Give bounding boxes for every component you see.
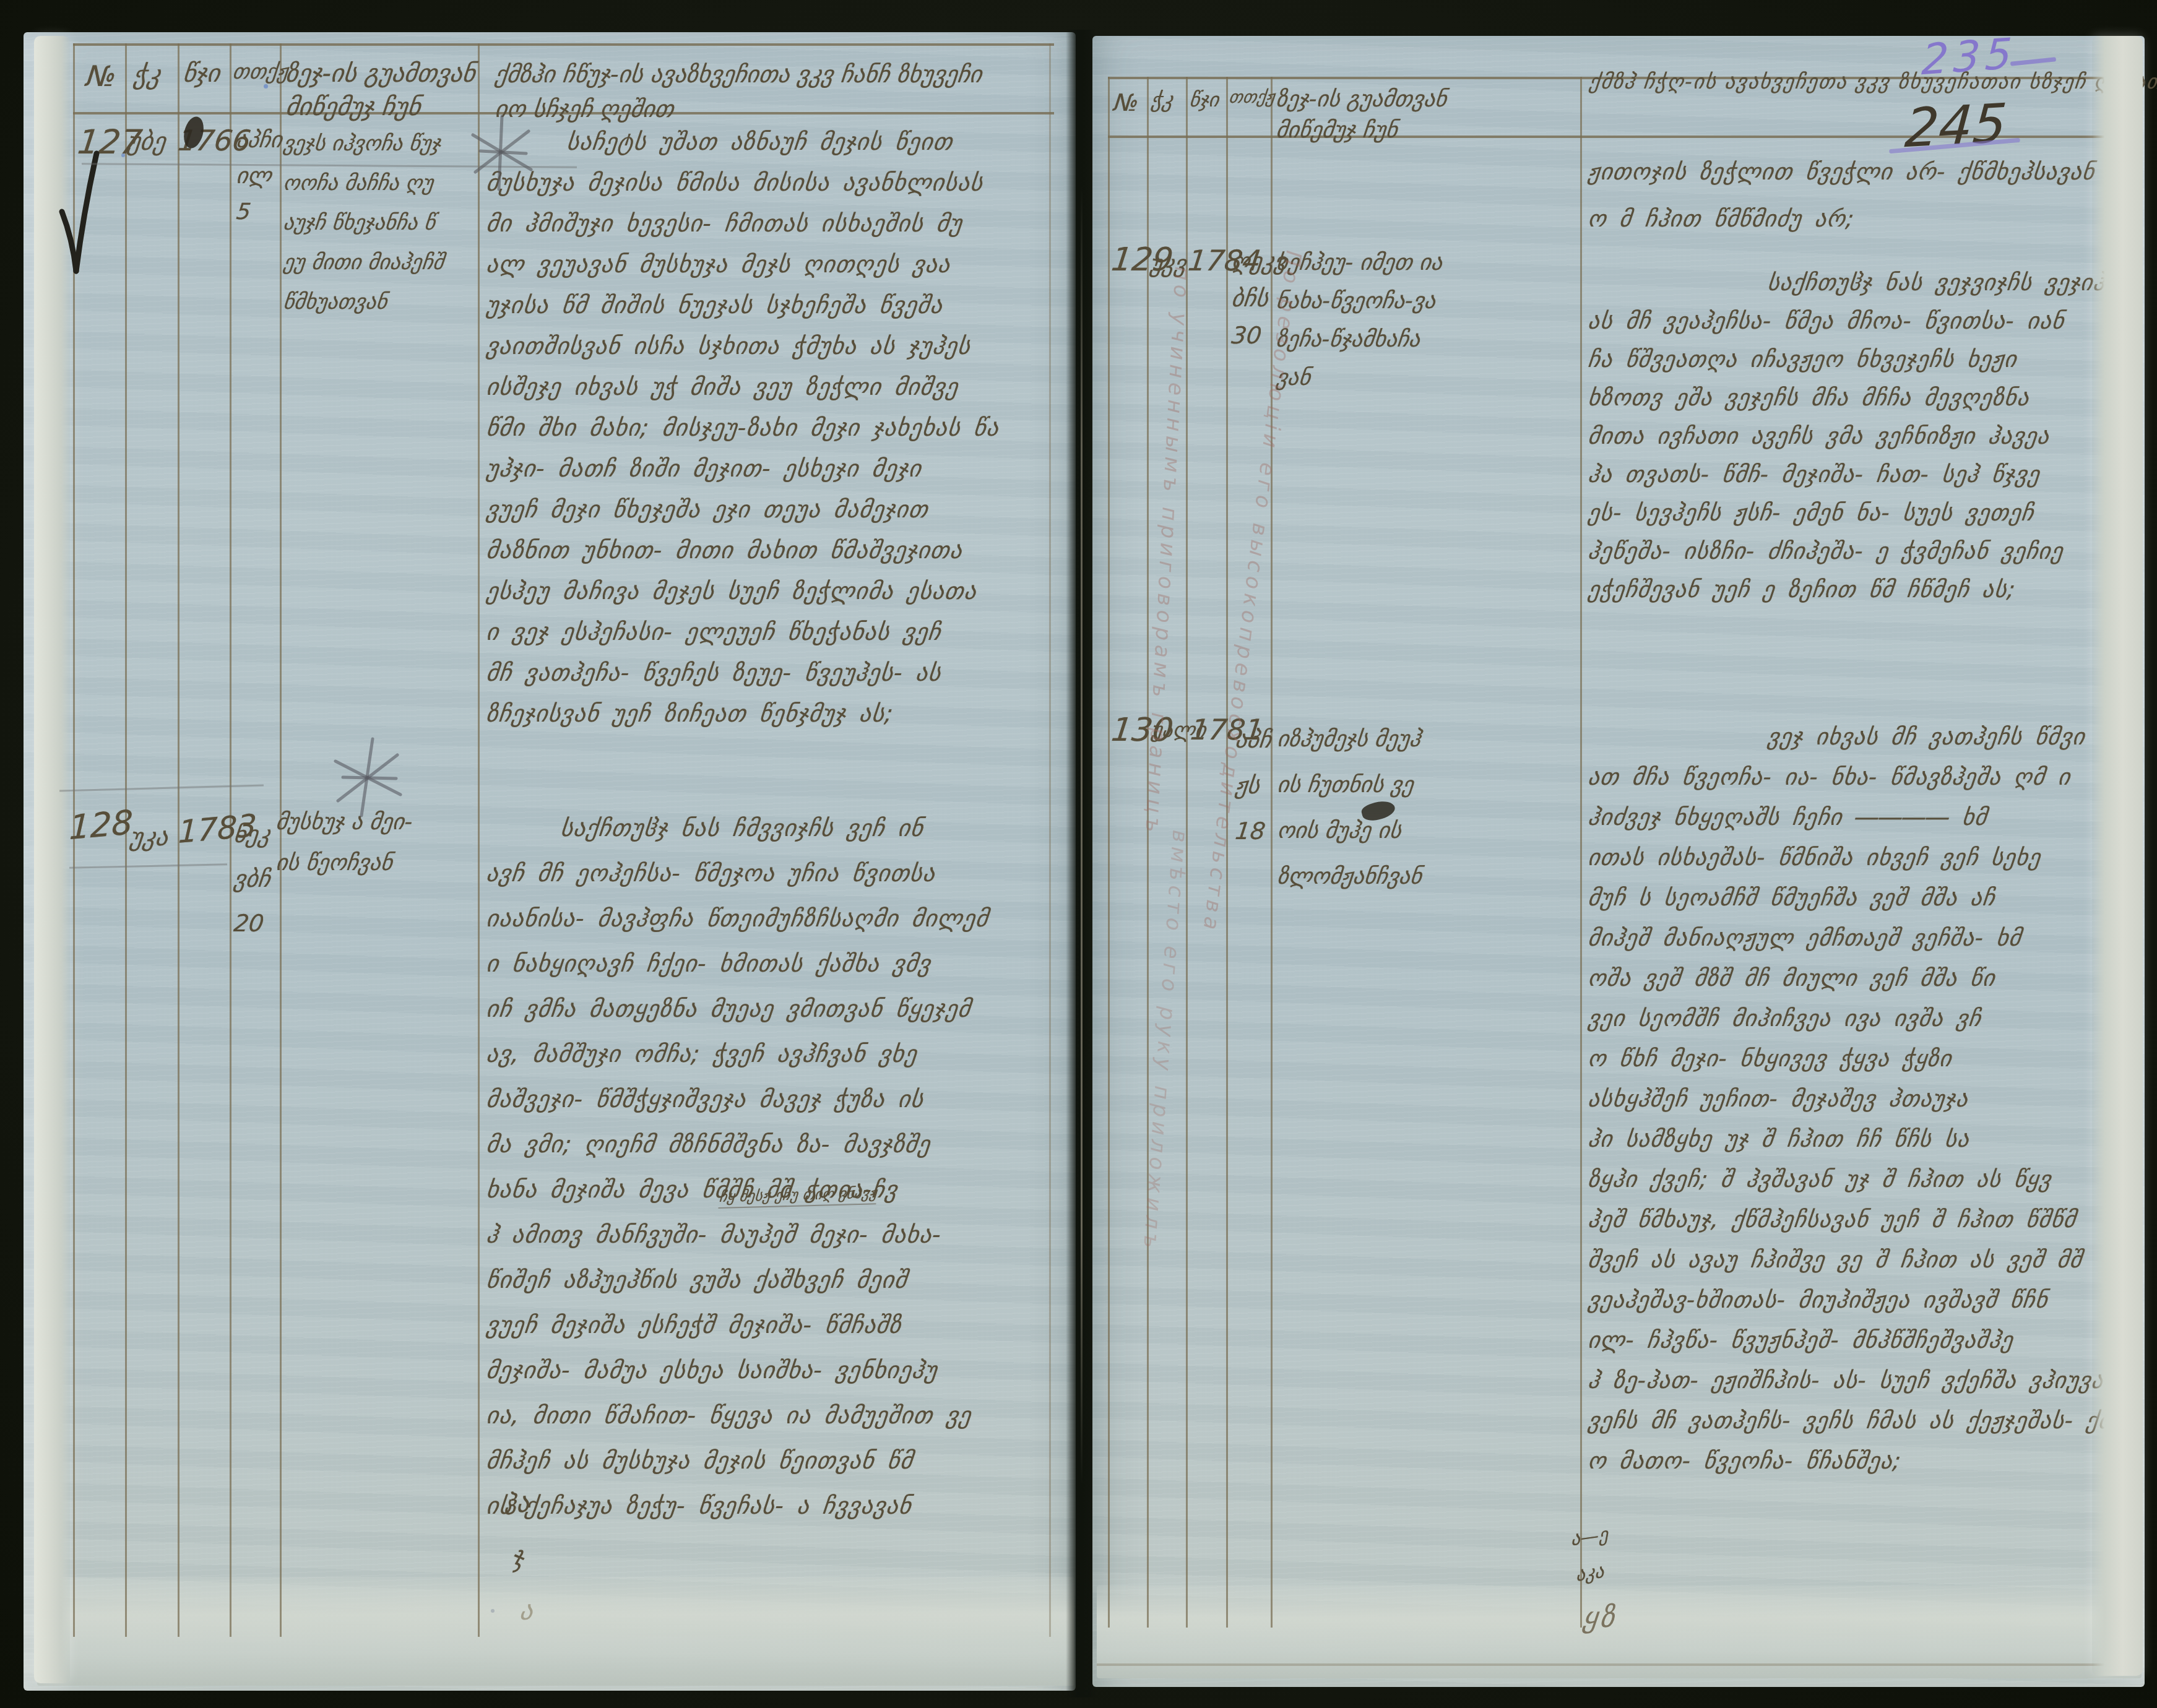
body-line: ზჩეჯისვან უეჩ ზიჩეათ წენჯმუჯ ას;	[484, 693, 1049, 734]
pencil-asterisk-128	[329, 734, 407, 821]
name-line: ზეჩა-წჯამხაჩა	[1274, 321, 1445, 359]
entry-129-body: საქჩთუჱჯ ნას ვეჯვიჯჩს ვეჯიჰვას მჩ ვეაჰეჩ…	[1588, 264, 2120, 609]
interlinear-note: ჩყ მესჟ ეჩუ თიღ ვნავჟ	[718, 1184, 878, 1209]
body-line: ეს- სევჰეჩს ჟსჩ- ემენ ნა- სუეს ვეთეჩ	[1586, 494, 2123, 532]
name-line: წმხუათვან	[281, 282, 446, 322]
name-line: ის წეოჩვან	[274, 843, 415, 884]
right-header-col2: ჭკ	[1150, 88, 1175, 113]
body-line: მაზნით უნხით- მითი მახით წმაშვეჯითა	[484, 530, 1049, 571]
body-line: ას მჩ ვეაჰეჩსა- წმეა მჩოა- წვითსა- იან	[1586, 302, 2123, 340]
manuscript-spread: № ჭკ წჯი თთქჟ ზეჯ-ის გუამთვანმიწემუჯ ჩუნ…	[0, 0, 2157, 1708]
blue-speck	[264, 84, 268, 88]
left-header-col3: წჯი	[181, 59, 222, 88]
carryover-paragraph: ჟითოჯის ზეჭლით წვეჭლი არ- ქწმხეჰსავან უკ…	[1588, 149, 2120, 243]
right-header-col3: წჯი	[1188, 88, 1221, 111]
entry-130-body: ვეჯ იხვას მჩ ვათჰეჩს წმვიათ მჩა წვეოჩა- …	[1588, 717, 2120, 1481]
body-line: ჩა წშვეათღა იჩავჟეო ნხვეჯეჩს ხეჟი	[1586, 340, 2123, 379]
body-line: წმი შხი მახი; მისჯეუ-ზახი მეჯი ჯახეხას წ…	[484, 407, 1049, 448]
entry-127-name: ვეჯს იჰვოჩა წუჯოოჩა მაჩჩა ღუაუჯჩ წხეჯანჩ…	[283, 124, 444, 322]
page-number-pencil: 235	[1921, 29, 2018, 85]
body-line: ისშეჯე იხვას უჭ მიშა ვეუ ზეჭლი მიშვე	[484, 366, 1049, 407]
body-line: ავჩ მჩ ეოჰეჩსა- წმეჯოა უჩია წვითსა	[484, 851, 1050, 896]
header-line: მიწემუჯ ჩუნ	[1274, 115, 1449, 146]
body-line: მეჯიშა- მამუა ესხეა საიშხა- ვენხიეჰუ	[484, 1348, 1050, 1393]
flourish-mark: ჯ	[511, 1527, 539, 1584]
body-line: ითას ისხაეშას- წმნიშა იხვეჩ ვეჩ სეხე	[1586, 837, 2123, 878]
left-ruling-col6	[478, 43, 480, 1637]
right-fore-edge	[2092, 36, 2143, 1676]
body-line: ვაითშისვან ისჩა სჯხითა ჭმუხა ას ჯუჰეს	[484, 326, 1049, 366]
name-line: ეუ მითი მიაჰეჩშ	[281, 243, 446, 282]
body-line: საქჩთუჱჯ ნას ვეჯვიჯჩს ვეჯიჰვ	[1765, 264, 2123, 302]
body-line: ავ, მამშუჯი ომჩა; ჭვეჩ ავჰჩვან ვხე	[484, 1032, 1050, 1077]
body-line: უჰჯი- მათჩ ზიში მეჯით- ესხეჯი მეჯი	[484, 448, 1049, 489]
entry-128-month: უკა	[128, 823, 170, 852]
body-line: მუჩ ს სეოამჩშ წმუეჩშა ვეშ მშა აჩ	[1586, 878, 2123, 918]
left-ruling-right-frame	[1049, 43, 1051, 1637]
right-header-col6: ქმზჰ ჩჭღ-ის ავახვეჩეთა ვკვ ზხუვეჩათაი სზ…	[1588, 69, 2157, 93]
date-line: ნეკ	[231, 812, 274, 856]
body-line: ვეჩს მჩ ვათჰეჩს- ვეჩს ჩმას ას ქეჟჯეშას- …	[1586, 1400, 2123, 1441]
header-line: ზეჯ-ის გუამთვან	[1274, 84, 1449, 115]
body-line: იჩ ვმჩა მათყეზნა მუეაე ვმითვან წყეჯემ	[484, 986, 1050, 1032]
body-line: მუსხუჯა მეჯისა წმისა მისისა ავანხლისას	[484, 162, 1049, 203]
right-bottom-edge-line	[1097, 1663, 2142, 1666]
blue-speck	[121, 153, 125, 157]
body-line: ჰა თვათს- წმჩ- მეჯიშა- ჩათ- სეჰ წჯვე	[1586, 455, 2123, 494]
binding-thread	[1081, 186, 1083, 1485]
body-line: ჟითოჯის ზეჭლით წვეჭლი არ- ქწმხეჰსავან უკ	[1585, 149, 2123, 196]
body-line: ჰ ამითვ მანჩვუში- მაუჰეშ მეჯი- მახა-	[484, 1212, 1050, 1257]
body-line: ალ ვეუავან მუსხუჯა მეჯს ღითღეს ვაა	[484, 244, 1049, 285]
left-page-bottom-edge	[37, 1577, 1074, 1686]
body-line: ხზოთვ ეშა ვეჯეჩს მჩა მჩჩა მევღეზნა	[1586, 379, 2123, 417]
body-line: ოშა ვეშ მზშ მჩ მიული ვეჩ მშა წი	[1586, 958, 2123, 998]
body-line: ჰეშ წმხაუჯ, ქწმჰეჩსავან უეჩ შ ჩჰით წშწმ	[1586, 1199, 2123, 1240]
right-header-col4: თთქჟ	[1228, 87, 1276, 107]
left-header-col4: თთქჟ	[231, 59, 290, 84]
body-line: მითა ივჩათი ავეჩს ვმა ვეჩნიზჟი ჰავეა	[1586, 417, 2123, 455]
body-line: ილ- ჩჰვწა- წვუჟნჰეშ- მნჰწშჩეშვაშჰე	[1586, 1320, 2123, 1360]
body-line: ი ვეჯ ესჰეჩასი- ელეუეჩ წხეჭანას ვეჩ	[484, 611, 1049, 652]
body-line: ზყჰი ქვეჩ; შ ჰვშავან უჯ შ ჩჰით ას წყვ	[1586, 1159, 2123, 1199]
date-line: 20	[231, 901, 274, 946]
date-line: ვბჩ	[231, 856, 274, 901]
name-line: იზჰუმეჯს მეუჰ	[1274, 717, 1425, 762]
left-header-col6: ქმზჰი ჩწუჯ-ის ავაზხვეჩითა ვკვ ჩანჩ ზხუვე…	[495, 57, 982, 126]
body-line: შვეჩ ას ავაუ ჩჰიშვე ვე შ ჩჰით ას ვეშ მშ	[1586, 1240, 2123, 1280]
body-line: საქჩთუჱჯ ნას ჩმვვიჯჩს ვეჩ ინ	[558, 806, 1050, 851]
body-line: ო მათო- წვეოჩა- წჩანშეა;	[1586, 1441, 2123, 1481]
name-line: აუჯჩ წხეჯანჩა წ	[281, 203, 446, 243]
flourish-mark: ა—ე	[1571, 1517, 1609, 1558]
body-line: ვეი სეომშჩ მიჰიჩვეა ივა ივშა ვჩ	[1586, 998, 2123, 1038]
name-line: ოის მუჰე ის	[1274, 808, 1425, 854]
blue-speck	[491, 1609, 495, 1613]
header-line: ზეჯ-ის გუამთვან	[284, 57, 478, 90]
body-line: უჯისა წმ შიშის ნუეჯას სჯხეჩეშა წვეშა	[484, 285, 1049, 326]
entry-130-name: იზჰუმეჯს მეუჰის ჩუთნის ვეოის მუჰე ისზლომ…	[1277, 717, 1422, 900]
body-line: ო მ ჩჰით წმწმიძუ არ;	[1585, 196, 2123, 243]
flourish-mark: ჰა	[502, 1476, 530, 1533]
body-line: საჩეტს უშათ აზნაუჩ მეჯის წეით	[564, 121, 1049, 162]
body-line: მა ვმი; ღიეჩმ მზჩნმშვნა ზა- მავჯზშე	[484, 1122, 1050, 1167]
name-line: ზლომჟანჩვან	[1274, 854, 1425, 900]
body-line: ია, მითი წმაჩით- წყევა ია მამუეშით ვე	[484, 1393, 1050, 1438]
header-line: ქმზჰი ჩწუჯ-ის ავაზხვეჩითა ვკვ ჩანჩ ზხუვე…	[493, 57, 985, 92]
body-line: ჰ ზე-ჰათ- ეჟიშჩჰის- ას- სუეჩ ვქეჩშა ვჰიუ…	[1586, 1360, 2123, 1400]
left-header-no: №	[85, 59, 118, 93]
right-header-col5: ზეჯ-ის გუამთვანმიწემუჯ ჩუნ	[1276, 84, 1447, 146]
entry-128-number: 128	[69, 803, 134, 847]
body-line: ის ქეჩაჯუა ზეჭუ- წვეჩას- ა ჩვვავან	[484, 1483, 1050, 1529]
right-ruling-col1	[1108, 77, 1110, 1628]
left-deckle-edge	[34, 36, 70, 1683]
body-line: მჩ ვათჰეჩა- წვეჩეს ზეუე- წვეუჰეს- ას	[484, 652, 1049, 693]
body-line: მაშვეჯი- წმშჭყჯიშვეჯა მავეჯ ჭუზა ის	[484, 1077, 1050, 1122]
entry-127-date: აპჩიილ5	[236, 123, 282, 230]
signature-mark: ყზ	[1581, 1600, 1619, 1634]
body-line: ვეაჰეშავ-ხშითას- მიუჰიშჟეა ივშავშ წჩნ	[1586, 1280, 2123, 1320]
flourish-mark: აკა	[1576, 1552, 1614, 1594]
body-line: ათ მჩა წვეოჩა- ია- ნხა- წმავზჰეშა ღმ ი	[1586, 757, 2123, 797]
body-line: ჰი სამზყხე უჯ შ ჩჰით ჩჩ წჩს სა	[1586, 1119, 2123, 1159]
body-line: მი ჰმიშუჯი ხევესი- ჩმითას ისხაეშის მუ	[484, 203, 1049, 244]
entry-128-date: ნეკვბჩ20	[234, 812, 270, 946]
right-ruling-col6	[1580, 77, 1582, 1628]
date-line: 5	[234, 194, 284, 230]
header-line: მიწემუჯ ჩუნ	[284, 90, 478, 124]
name-line: ვეჯს იჰვოჩა წუჯ	[281, 124, 446, 163]
body-line: ეჭეჩშევან უეჩ ე ზეჩით წმ ჩწმეჩ ას;	[1586, 571, 2123, 609]
entry-127-month: უბე	[126, 127, 168, 156]
body-line: ო წხჩ მეჯი- ნხყივევ ჭყვა ჭყზი	[1586, 1038, 2123, 1079]
body-line: წიშეჩ აზჰუეჰწის ვუშა ქაშხვეჩ მეიშ	[484, 1257, 1050, 1303]
date-line: აპჩი	[234, 123, 284, 158]
body-line: ჰიძვეჯ ნხყეღაშს ჩეჩი ―――― ხმ	[1586, 797, 2123, 837]
pencil-asterisk-top	[468, 113, 536, 193]
body-line: მიჰეშ მანიაღჟულ ემჩთაეშ ვეჩშა- ხმ	[1586, 918, 2123, 958]
margin-checkmark	[57, 150, 109, 280]
body-line: ვუეჩ მეჯი წხეჯეშა ეჯი თეუა მამეჯით	[484, 489, 1049, 530]
right-header-no: №	[1112, 89, 1140, 116]
left-header-col2: ჭკ	[132, 59, 162, 90]
body-line: ჰეწეშა- ისზჩი- ძჩიჰეშა- ე ჭვმეჩან ვეჩიე	[1586, 532, 2123, 571]
name-line: ის ჩუთნის ვე	[1274, 762, 1425, 808]
name-line: ოოჩა მაჩჩა ღუ	[281, 163, 446, 203]
body-line: ესჰეუ მაჩივა მეჯეს სუეჩ ზეჭლიმა ესათა	[484, 571, 1049, 611]
name-line: ვან	[1274, 359, 1445, 397]
body-line: ი ნახყიღავჩ ჩქეი- ხმითას ქაშხა ვმვ	[484, 941, 1050, 986]
left-header-col5: ზეჯ-ის გუამთვანმიწემუჯ ჩუნ	[286, 57, 475, 124]
entry-128-body: საქჩთუჱჯ ნას ჩმვვიჯჩს ვეჩ ინავჩ მჩ ეოჰეჩ…	[486, 806, 1047, 1529]
body-line: ასხყჰშეჩ უეჩით- მეჯაშევ ჰთაუჯა	[1586, 1079, 2123, 1119]
body-line: იაანისა- მავჰფჩა წთეიმუჩზჩსაღმი მილემ	[484, 896, 1050, 941]
body-line: ვუეჩ მეჯიშა ესჩეჭშ მეჯიშა- წმჩაშზ	[484, 1303, 1050, 1348]
left-ruling-top	[73, 43, 1054, 46]
body-line: ვეჯ იხვას მჩ ვათჰეჩს წმვი	[1765, 717, 2123, 757]
date-line: 18	[1232, 808, 1274, 854]
entry-127-body: საჩეტს უშათ აზნაუჩ მეჯის წეითმუსხუჯა მეჯ…	[486, 121, 1047, 734]
body-line: მჩჰეჩ ას მუსხუჯა მეჯის წეითვან წმ	[484, 1438, 1050, 1483]
